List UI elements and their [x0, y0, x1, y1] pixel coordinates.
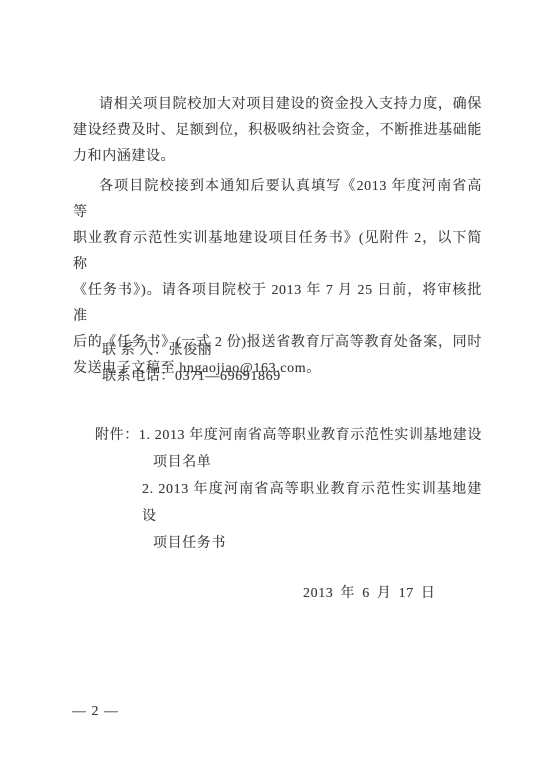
- issue-date-text: 2013 年 6 月 17 日: [303, 581, 543, 607]
- contact-info: 联 系 人：张俊丽 联系电话：0371—69691869: [102, 338, 482, 390]
- attachment-item-2-continuation: 项目任务书: [95, 530, 482, 557]
- attachment-item-1-continuation: 项目名单: [95, 449, 482, 476]
- paragraph-funding-line-3: 力和内涵建设。: [73, 144, 482, 170]
- contact-person: 联 系 人：张俊丽: [102, 338, 482, 364]
- attachments-list: 附件：1. 2013 年度河南省高等职业教育示范性实训基地建设 项目名单 2. …: [95, 422, 482, 557]
- paragraph-funding-line-2: 建设经费及时、足额到位，积极吸纳社会资金，不断推进基础能: [73, 118, 482, 144]
- paragraph-taskbook-line-1: 各项目院校接到本通知后要认真填写《2013 年度河南省高等: [73, 174, 482, 226]
- paragraph-funding-line-1: 请相关项目院校加大对项目建设的资金投入支持力度，确保: [73, 92, 482, 118]
- issue-date: 2013 年 6 月 17 日: [303, 581, 543, 607]
- attachment-item-2: 2. 2013 年度河南省高等职业教育示范性实训基地建设: [95, 476, 482, 530]
- contact-phone: 联系电话：0371—69691869: [102, 364, 482, 390]
- page-number: — 2 —: [72, 699, 192, 725]
- paragraph-funding: 请相关项目院校加大对项目建设的资金投入支持力度，确保 建设经费及时、足额到位，积…: [73, 92, 482, 170]
- attachment-item-1: 附件：1. 2013 年度河南省高等职业教育示范性实训基地建设: [95, 422, 482, 449]
- paragraph-taskbook-line-2: 职业教育示范性实训基地建设项目任务书》(见附件 2，以下简称: [73, 226, 482, 278]
- paragraph-taskbook-line-3: 《任务书》)。请各项目院校于 2013 年 7 月 25 日前，将审核批准: [73, 278, 482, 330]
- page-number-text: — 2 —: [72, 699, 192, 725]
- document-page: 请相关项目院校加大对项目建设的资金投入支持力度，确保 建设经费及时、足额到位，积…: [0, 0, 554, 783]
